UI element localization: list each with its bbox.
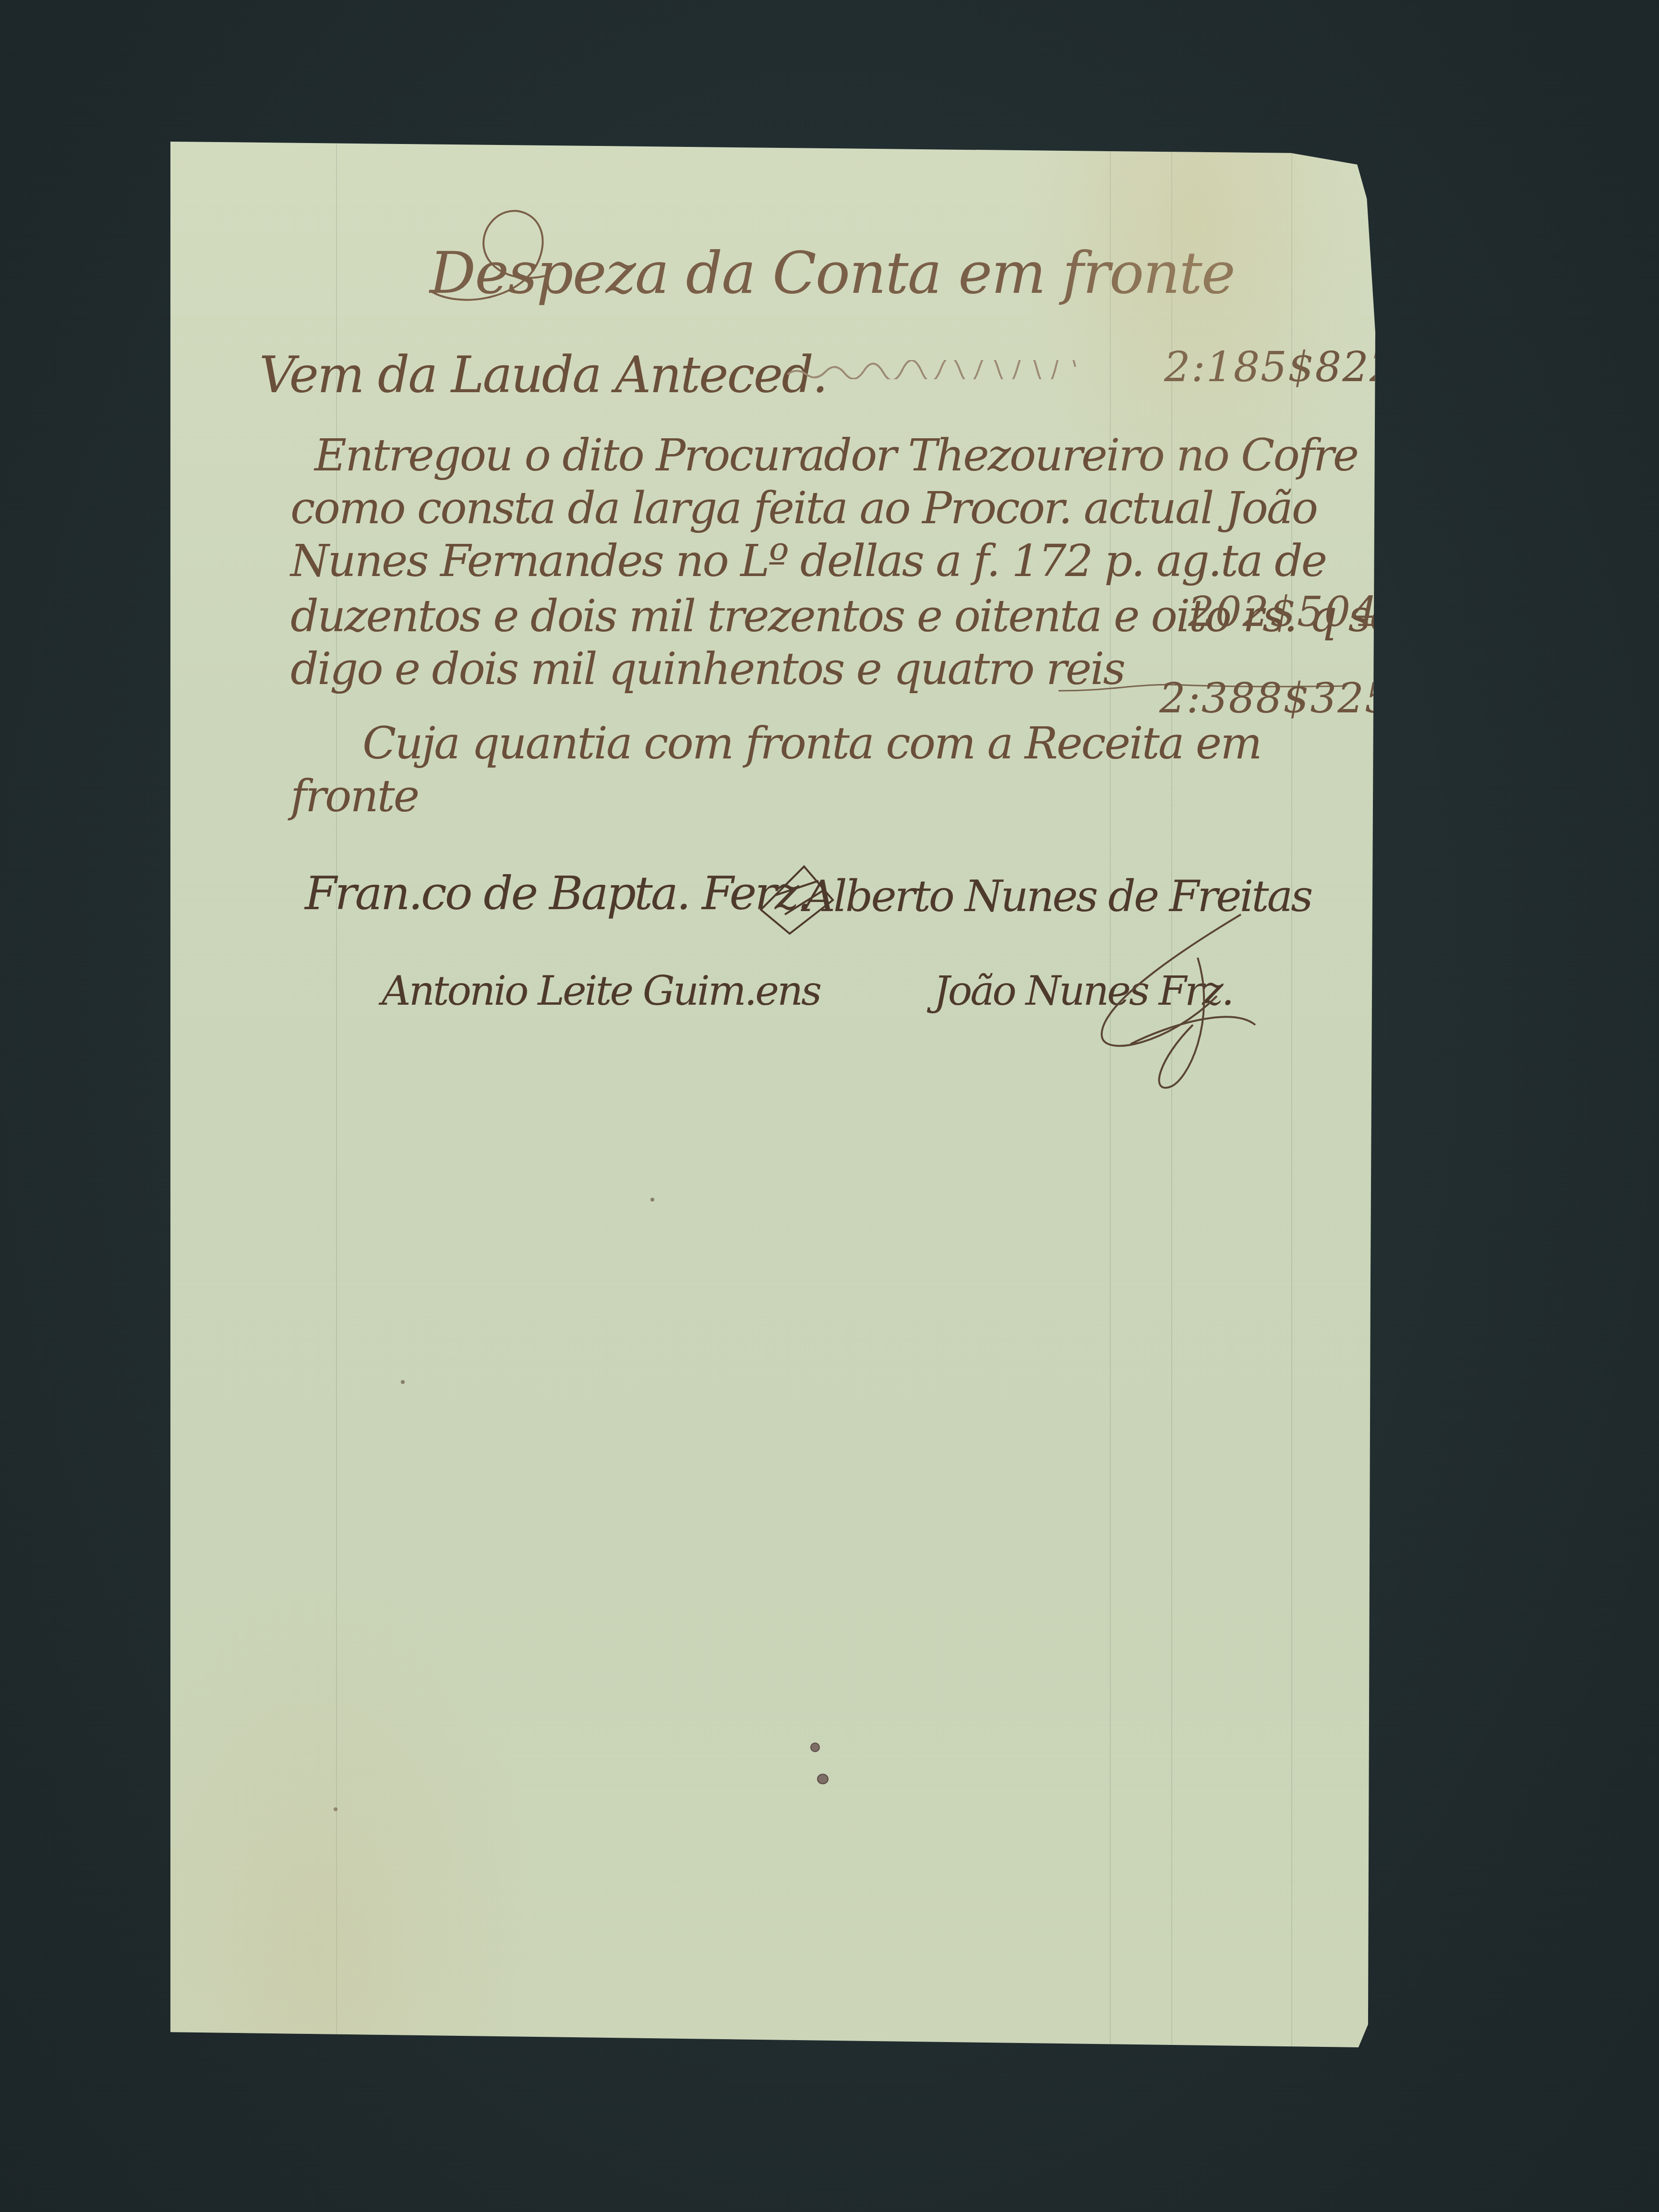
- entry-2-line-3: Nunes Fernandes no Lº dellas a f. 172 p.…: [290, 535, 1326, 587]
- signature-rubric-icon: [746, 838, 852, 943]
- left-margin-rule: [336, 142, 337, 2047]
- manuscript-page: Despeza da Conta em fronte Vem da Lauda …: [170, 142, 1375, 2047]
- entry-2-line-5: digo e dois mil quinhentos e quatro reis: [290, 643, 1124, 695]
- entry-2-line-2: como consta da larga feita ao Procor. ac…: [290, 482, 1317, 534]
- ink-dot: [810, 1743, 820, 1752]
- ink-speck: [650, 1198, 654, 1202]
- amount-value: 2:185$822: [1164, 343, 1397, 391]
- entry-1-text: Vem da Lauda Anteced.: [259, 346, 827, 404]
- signature-3: Antonio Leite Guim.ens: [382, 967, 820, 1014]
- closing-line-1: Cuja quantia com fronta com a Receita em: [362, 718, 1261, 769]
- title-flourish-icon: [420, 185, 574, 310]
- ink-speck: [401, 1380, 405, 1384]
- signature-rubric-icon-2: [1073, 900, 1274, 1102]
- entry-2-line-1: Entregou o dito Procurador Thezoureiro n…: [314, 430, 1358, 481]
- entry-1-amount: 2:185$822: [1164, 343, 1397, 391]
- total-amount: 2:388$325: [1159, 674, 1392, 722]
- signature-1: Fran.co de Bapta. Ferz.: [305, 866, 810, 920]
- amount-value: 202$504: [1188, 588, 1379, 636]
- ink-dot: [817, 1774, 829, 1784]
- wavy-filler-line-icon: [787, 360, 1085, 379]
- column-rule-3: [1291, 142, 1292, 2047]
- entry-2-amount: 202$504: [1188, 588, 1379, 636]
- closing-line-2: fronte: [290, 770, 418, 822]
- ink-speck: [334, 1807, 337, 1811]
